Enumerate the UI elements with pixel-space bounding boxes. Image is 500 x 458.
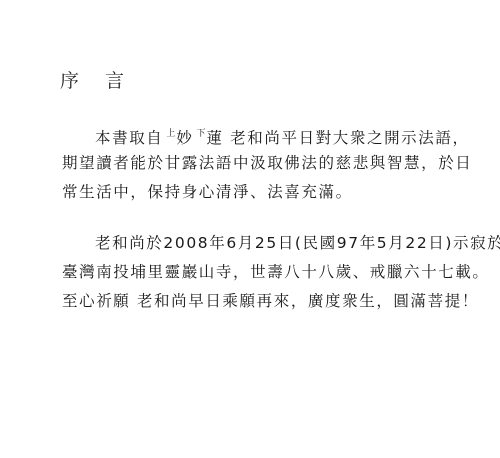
paragraph-line: 本書取自上妙下蓮 老和尚平日對大衆之開示法語，	[62, 120, 482, 149]
paragraph-memorial: 老和尚於2008年6月25日(民國97年5月22日)示寂於 臺灣南投埔里靈巖山寺…	[62, 229, 482, 316]
text-segment: 蓮 老和尚平日對大衆之開示法語，	[207, 129, 470, 147]
paragraph-intro: 本書取自上妙下蓮 老和尚平日對大衆之開示法語， 期望讀者能於甘露法語中汲取佛法的…	[62, 120, 482, 207]
paragraph-line: 常生活中，保持身心清淨、法喜充滿。	[62, 178, 482, 207]
preface-page: 序 言 本書取自上妙下蓮 老和尚平日對大衆之開示法語， 期望讀者能於甘露法語中汲…	[0, 0, 500, 458]
text-segment: 本書取自	[95, 129, 163, 147]
text-segment: 妙	[176, 129, 193, 147]
paragraph-line: 期望讀者能於甘露法語中汲取佛法的慈悲與智慧，於日	[62, 149, 482, 178]
superscript-honorific-top: 上	[166, 129, 175, 139]
paragraph-line: 老和尚於2008年6月25日(民國97年5月22日)示寂於	[62, 229, 482, 258]
page-title: 序 言	[60, 66, 134, 93]
text-segment: 老和尚於2008年6月25日(民國97年5月22日)示寂於	[95, 234, 500, 252]
paragraph-line: 至心祈願 老和尚早日乘願再來，廣度衆生，圓滿菩提！	[62, 287, 482, 316]
paragraph-line: 臺灣南投埔里靈巖山寺，世壽八十八歲、戒臘六十七載。	[62, 258, 482, 287]
superscript-honorific-bottom: 下	[197, 129, 206, 139]
